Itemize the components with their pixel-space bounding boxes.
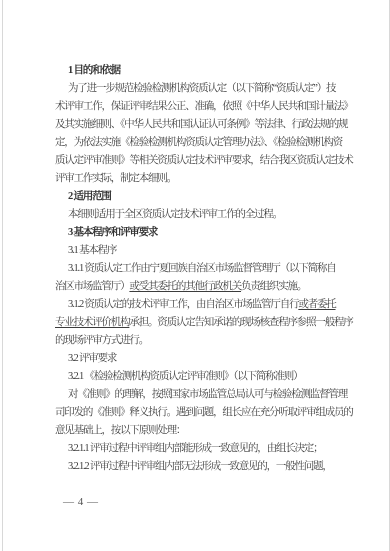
section-heading-procedures: 3 基本程序和评审要求 — [55, 224, 355, 242]
paragraph-line: 定，为依法实施《检验检测机构资质认定管理办法》、《检验检测机构资 — [55, 134, 355, 152]
paragraph-line: 3.1.1 资质认定工作由宁夏回族自治区市场监督管理厅（以下简称自 — [55, 260, 355, 278]
paragraph-line: 专业技术评价机构承担。资质认定告知承诺的现场核查程序参照一般程序 — [55, 314, 355, 332]
paragraph-line: 本细则适用于全区资质认定技术评审工作的全过程。 — [55, 206, 355, 224]
paragraph-line: 对《准则》的理解，按照国家市场监管总局认可与检验检测监督管理 — [55, 386, 355, 404]
paragraph-line: 及其实施细则、《中华人民共和国认证认可条例》等法律、行政法规的规 — [55, 116, 355, 134]
line-segment: 承担。资质认定告知承诺的现场核查程序参照一般程序 — [129, 317, 352, 328]
line-segment: 3.1.2 资质认定的技术评审工作，由自治区市场监管厅自行 — [68, 299, 298, 310]
paragraph-line: 司印发的《准则》释义执行。遇到问题，组长应在充分听取评审组成员的 — [55, 404, 355, 422]
paragraph-line: 3.1.2 资质认定的技术评审工作，由自治区市场监管厅自行或者委托 — [55, 296, 355, 314]
subsection-heading-basic-procedure: 3.1 基本程序 — [55, 242, 355, 260]
underlined-segment: 专业技术评价机构 — [55, 317, 129, 328]
paragraph-line: 为了进一步规范检验检测机构资质认定（以下简称“资质认定”）技 — [55, 80, 355, 98]
section-heading-purpose: 1 目的和依据 — [55, 62, 355, 80]
page-number: — 4 — — [63, 494, 99, 510]
page-left-edge — [2, 0, 3, 551]
document-content: 1 目的和依据 为了进一步规范检验检测机构资质认定（以下简称“资质认定”）技 术… — [55, 62, 355, 476]
line-segment: 治区市场监管厅） — [55, 281, 129, 292]
paragraph-line: 评审工作实际，制定本细则。 — [55, 170, 355, 188]
paragraph-line: 3.2.1 《检验检测机构资质认定评审准则》（以下简称准则） — [55, 368, 355, 386]
underlined-segment: 或者委托 — [298, 299, 335, 310]
paragraph-line: 意见基础上，按以下原则处理： — [55, 422, 355, 440]
section-heading-scope: 2 适用范围 — [55, 188, 355, 206]
paragraph-line: 的现场评审方式进行。 — [55, 332, 355, 350]
paragraph-line: 3.2.1.2 评审过程中评审组内部无法形成一致意见的，一般性问题， — [55, 458, 355, 476]
subsection-heading-review-requirements: 3.2 评审要求 — [55, 350, 355, 368]
line-segment: 负责组织实施。 — [241, 281, 306, 292]
paragraph-line: 术评审工作，保证评审结果公正、准确，依照《中华人民共和国计量法》 — [55, 98, 355, 116]
document-page: 1 目的和依据 为了进一步规范检验检测机构资质认定（以下简称“资质认定”）技 术… — [0, 0, 390, 551]
paragraph-line: 3.2.1.1 评审过程中评审组内部能形成一致意见的，由组长决定； — [55, 440, 355, 458]
paragraph-line: 质认定评审准则》等相关资质认定技术评审要求，结合我区资质认定技术 — [55, 152, 355, 170]
underlined-segment: 或受其委托的其他行政机关 — [129, 281, 241, 292]
paragraph-line: 治区市场监管厅）或受其委托的其他行政机关负责组织实施。 — [55, 278, 355, 296]
